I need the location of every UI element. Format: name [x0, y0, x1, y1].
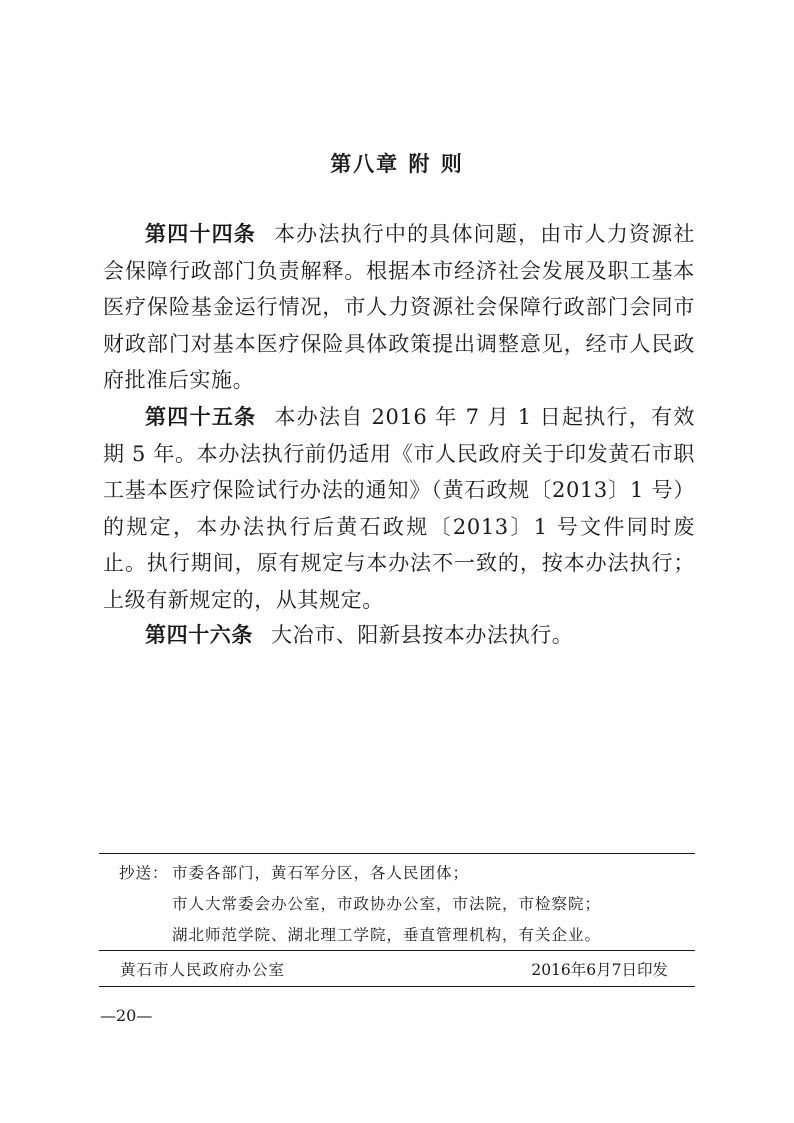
article-text: 大冶市、阳新县按本办法执行。	[271, 623, 573, 647]
chapter-title: 第八章 附 则	[0, 148, 794, 178]
page-number: —20—	[100, 1006, 152, 1025]
article-46: 第四十六条大冶市、阳新县按本办法执行。	[103, 617, 695, 654]
cc-line: 市委各部门，黄石军分区，各人民团体；	[172, 864, 469, 882]
divider-top	[99, 853, 695, 854]
issuer: 黄石市人民政府办公室	[120, 958, 285, 980]
article-text: 本办法执行中的具体问题，由市人力资源社会保障行政部门负责解释。根据本市经济社会发…	[103, 222, 695, 392]
article-44: 第四十四条本办法执行中的具体问题，由市人力资源社会保障行政部门负责解释。根据本市…	[103, 216, 695, 399]
cc-label: 抄送：	[119, 858, 172, 889]
article-45: 第四十五条本办法自 2016 年 7 月 1 日起执行，有效期 5 年。本办法执…	[103, 399, 695, 618]
article-text: 本办法自 2016 年 7 月 1 日起执行，有效期 5 年。本办法执行前仍适用…	[103, 405, 695, 612]
issue-date: 2016年6月7日印发	[531, 958, 668, 980]
cc-block: 抄送：市委各部门，黄石军分区，各人民团体； 市人大常委会办公室，市政协办公室，市…	[119, 858, 601, 951]
article-number: 第四十五条	[145, 405, 256, 429]
article-number: 第四十四条	[145, 222, 256, 246]
cc-line: 湖北师范学院、湖北理工学院，垂直管理机构，有关企业。	[119, 920, 601, 951]
divider-bottom	[99, 986, 695, 987]
cc-line: 市人大常委会办公室，市政协办公室，市法院，市检察院；	[119, 889, 601, 920]
article-number: 第四十六条	[145, 623, 253, 647]
divider-middle	[99, 950, 695, 951]
